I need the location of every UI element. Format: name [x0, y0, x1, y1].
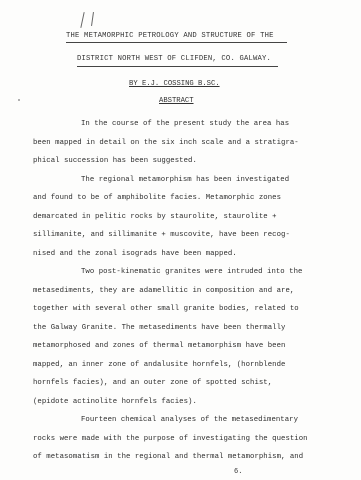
text-line: mapped, an inner zone of andalusite horn…: [33, 361, 285, 369]
text-line: Fourteen chemical analyses of the metase…: [81, 416, 298, 424]
page-number: 6.: [234, 468, 242, 476]
text-line: together with several other small granit…: [33, 305, 299, 313]
text-line: In the course of the present study the a…: [81, 120, 289, 128]
text-line: demarcated in pelitic rocks by staurolit…: [33, 213, 277, 221]
title-underline-2: [77, 66, 278, 67]
pen-mark: [91, 12, 94, 26]
title-line-2: DISTRICT NORTH WEST OF CLIFDEN, CO. GALW…: [77, 55, 271, 63]
text-line: hornfels facies), and an outer zone of s…: [33, 379, 272, 387]
abstract-heading: ABSTRACT: [159, 97, 194, 105]
author-byline: BY E.J. COSSING B.SC.: [129, 80, 220, 88]
text-line: (epidote actinolite hornfels facies).: [33, 398, 197, 406]
margin-mark: [18, 99, 20, 101]
text-line: been mapped in detail on the six inch sc…: [33, 139, 299, 147]
text-line: nised and the zonal isograds have been m…: [33, 250, 237, 258]
text-line: Two post-kinematic granites were intrude…: [81, 268, 302, 276]
text-line: phical succession has been suggested.: [33, 157, 197, 165]
title-underline-1: [66, 42, 287, 43]
text-line: The regional metamorphism has been inves…: [81, 176, 289, 184]
text-line: the Galway Granite. The metasediments ha…: [33, 324, 285, 332]
pen-mark: [80, 12, 84, 28]
document-page: THE METAMORPHIC PETROLOGY AND STRUCTURE …: [0, 0, 361, 480]
text-line: metamorphosed and zones of thermal metam…: [33, 342, 285, 350]
text-line: of metasomatism in the regional and ther…: [33, 453, 303, 461]
text-line: and found to be of amphibolite facies. M…: [33, 194, 281, 202]
text-line: rocks were made with the purpose of inve…: [33, 435, 308, 443]
text-line: metasediments, they are adamellitic in c…: [33, 287, 294, 295]
title-line-1: THE METAMORPHIC PETROLOGY AND STRUCTURE …: [66, 32, 274, 40]
text-line: sillimanite, and sillimanite + muscovite…: [33, 231, 290, 239]
